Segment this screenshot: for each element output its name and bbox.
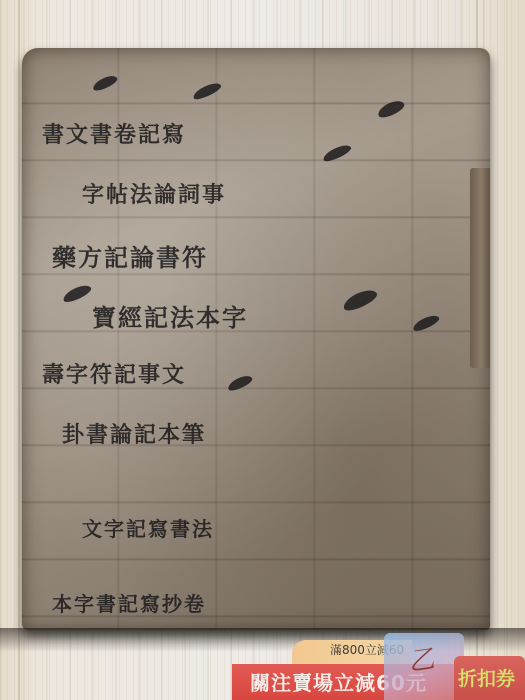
handwritten-line: 字帖法論詞事	[82, 178, 226, 209]
handwritten-line: 本字書記寫抄卷	[52, 588, 206, 617]
handwritten-line: 壽字符記事文	[42, 358, 186, 389]
manuscript-booklet-photo: 書文書卷記寫 字帖法論詞事 藥方記論書符 寶經記法本字 壽字符記事文 卦書論記本…	[22, 48, 490, 630]
torn-spine-edge	[470, 168, 490, 368]
ink-stroke	[61, 282, 93, 305]
ink-stroke	[376, 98, 406, 121]
ink-stroke	[91, 73, 119, 93]
ink-stroke	[191, 80, 222, 102]
handwritten-line: 文字記寫書法	[82, 513, 214, 542]
ink-stroke	[341, 286, 380, 314]
wood-plank-seam	[18, 0, 20, 700]
handwritten-line: 藥方記論書符	[52, 238, 208, 273]
ink-stroke	[226, 373, 254, 393]
handwritten-line: 卦書論記本筆	[62, 418, 206, 449]
handwritten-line: 寶經記法本字	[92, 298, 248, 333]
handwritten-line: 書文書卷記寫	[42, 118, 186, 149]
ink-stroke	[321, 142, 352, 164]
discount-coupon-button[interactable]	[454, 656, 525, 700]
coupon-tag[interactable]	[384, 633, 464, 700]
ink-stroke	[411, 313, 441, 334]
